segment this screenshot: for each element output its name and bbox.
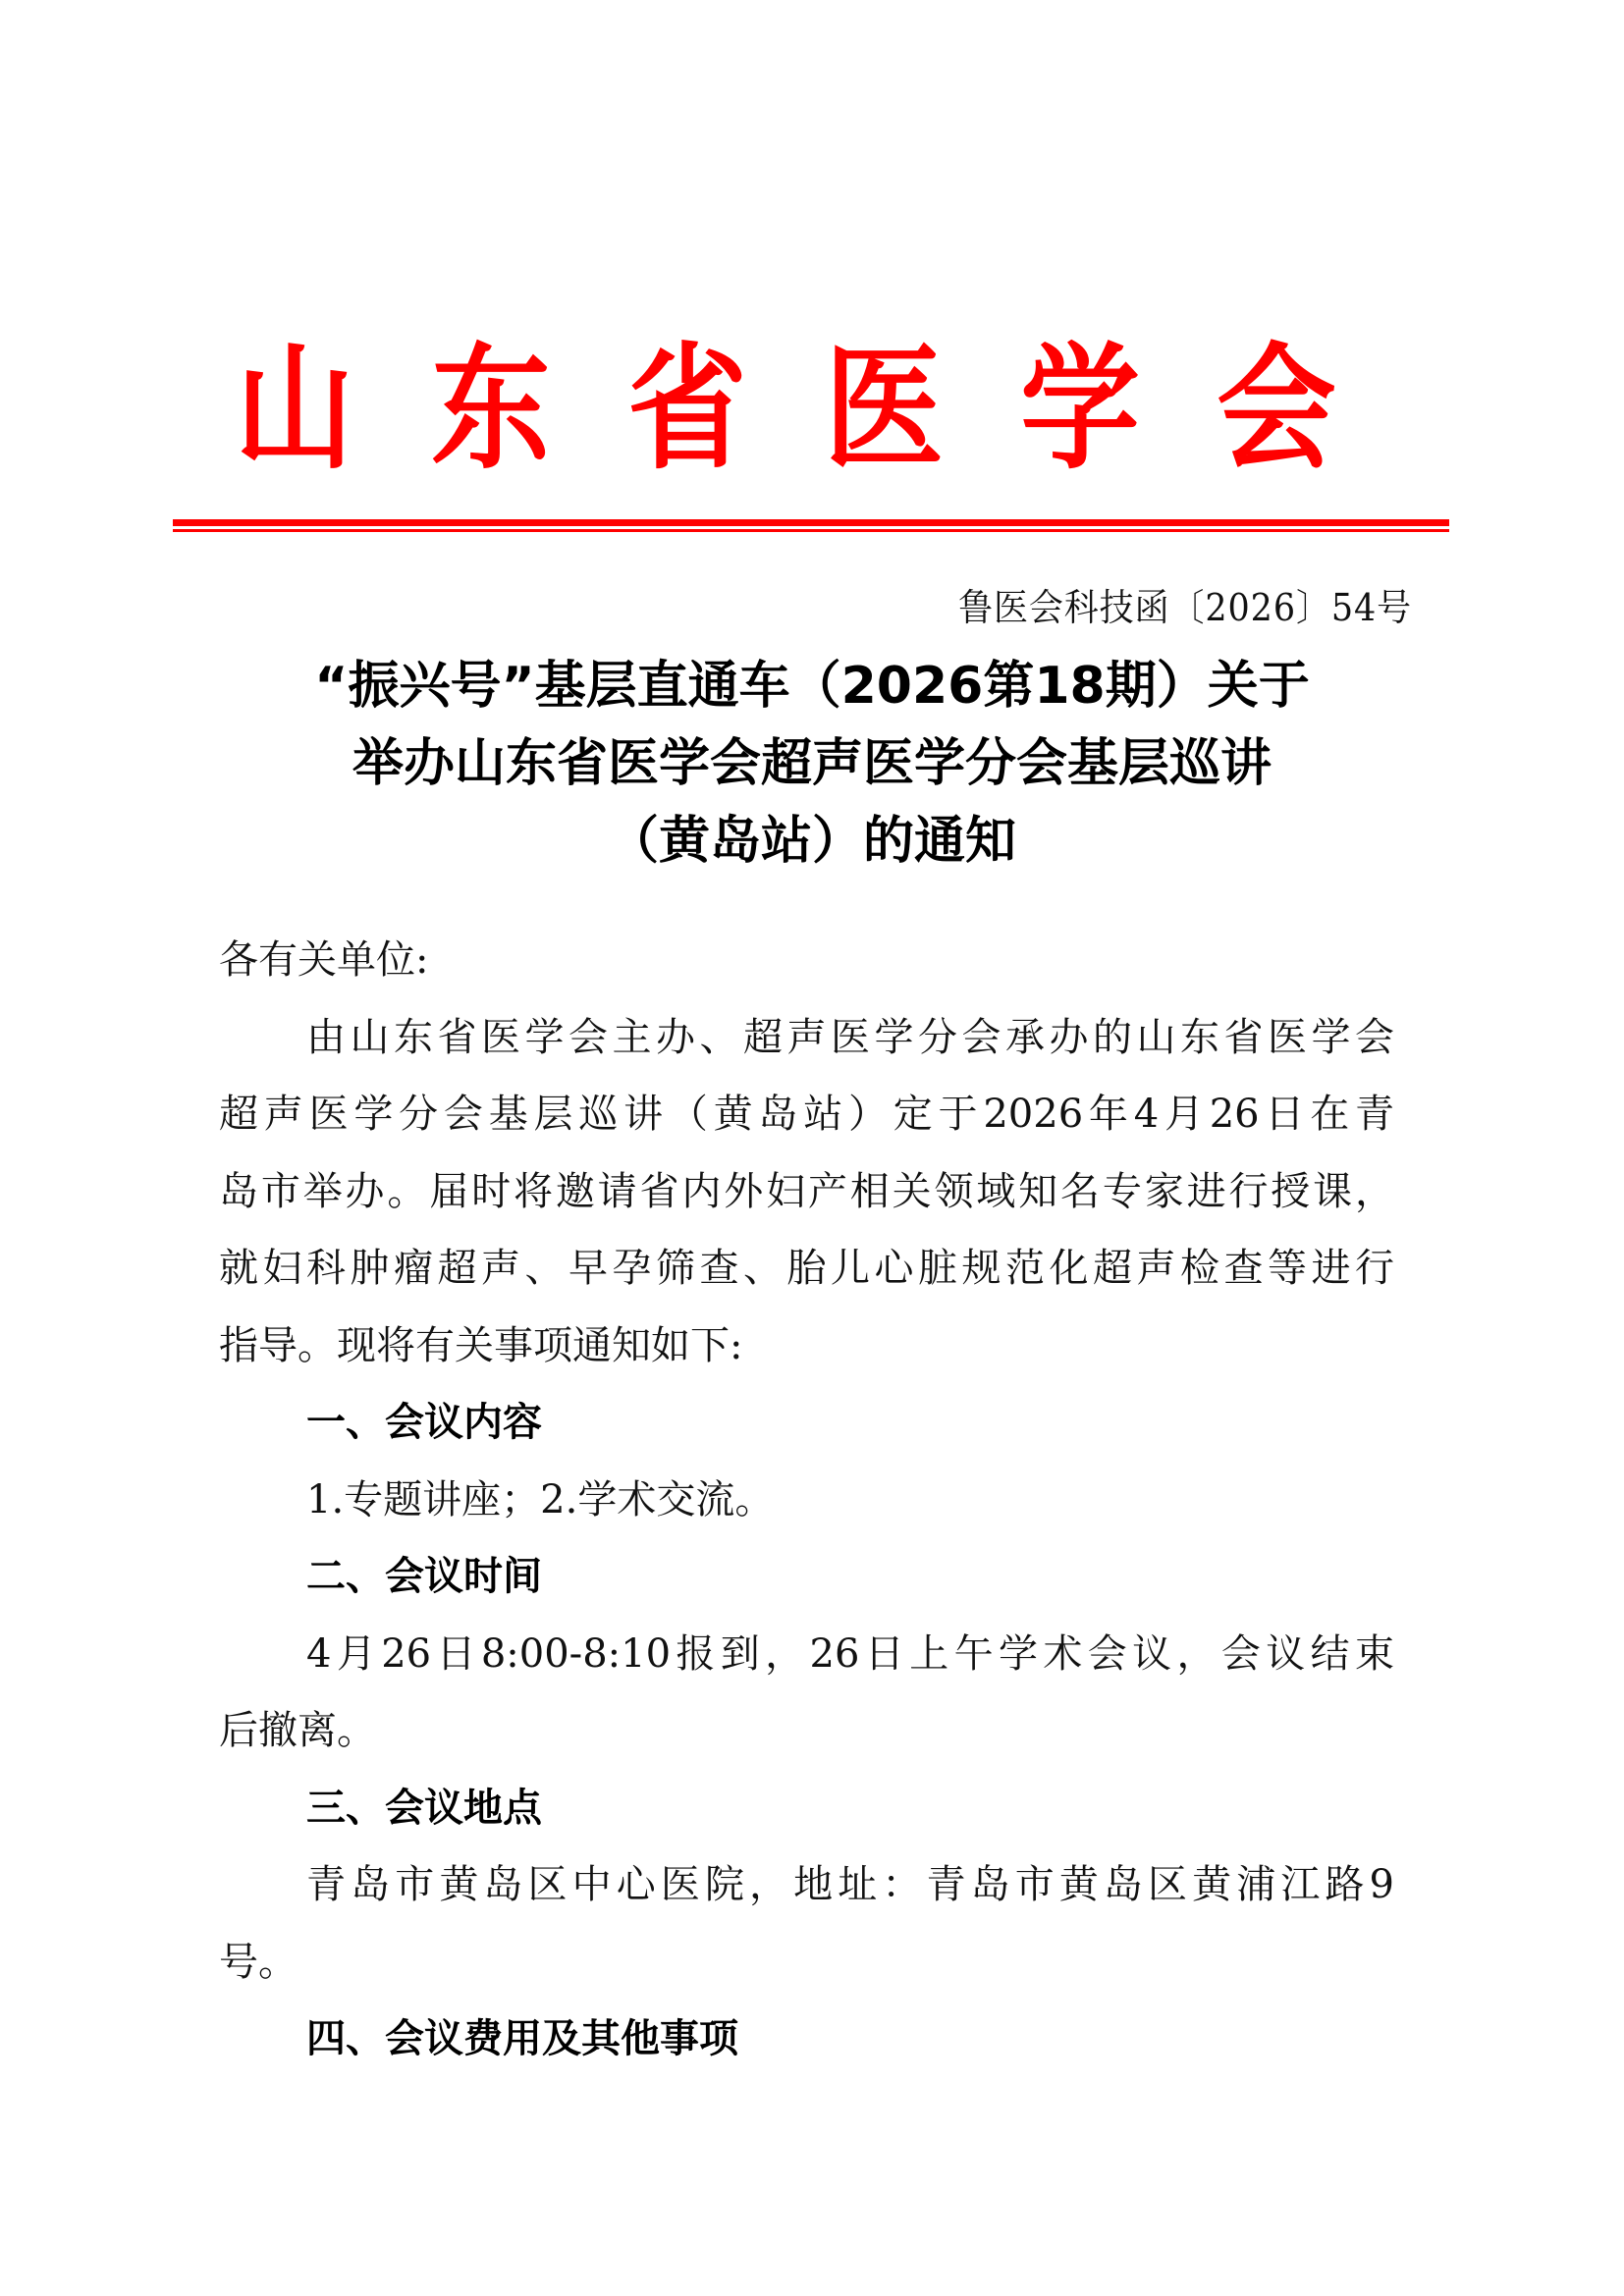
intro-line: 岛市举办。届时将邀请省内外妇产相关领域知名专家进行授课， [219,1153,1394,1231]
section-text: 青岛市黄岛区中心医院，地址：青岛市黄岛区黄浦江路9 [219,1846,1394,1924]
letterhead-divider-thick [173,519,1449,526]
intro-line: 超声医学分会基层巡讲（黄岛站）定于2026年4月26日在青 [219,1076,1394,1153]
letterhead-char: 山 [208,341,381,476]
intro-line: 指导。现将有关事项通知如下: [219,1308,1397,1385]
document-page: 山 东 省 医 学 会 鲁医会科技函〔2026〕54号 “振兴号”基层直通车（2… [0,0,1624,2296]
intro-line: 由山东省医学会主办、超声医学分会承办的山东省医学会 [219,999,1394,1077]
title-line: （黄岛站）的通知 [196,803,1428,881]
section-heading-fees: 四、会议费用及其他事项 [219,2001,1397,2078]
letterhead-char: 会 [1190,341,1363,476]
document-body: 各有关单位: 由山东省医学会主办、超声医学分会承办的山东省医学会 超声医学分会基… [219,922,1397,2078]
letterhead-title: 山 东 省 医 学 会 [196,330,1375,487]
section-text: 1.专题讲座；2.学术交流。 [219,1462,1397,1539]
intro-line: 就妇科肿瘤超声、早孕筛查、胎儿心脏规范化超声检查等进行 [219,1230,1394,1308]
document-title: “振兴号”基层直通车（2026第18期）关于 举办山东省医学会超声医学分会基层巡… [196,648,1428,881]
section-text: 4月26日8:00-8:10报到，26日上午学术会议，会议结束 [219,1616,1394,1693]
title-line: 举办山东省医学会超声医学分会基层巡讲 [196,725,1428,803]
letterhead-char: 学 [994,341,1166,476]
document-number: 鲁医会科技函〔2026〕54号 [958,577,1412,631]
section-heading-time: 二、会议时间 [219,1538,1397,1616]
salutation: 各有关单位: [219,922,1397,999]
letterhead-divider-thin [173,529,1449,532]
section-heading-location: 三、会议地点 [219,1770,1397,1847]
title-line: “振兴号”基层直通车（2026第18期）关于 [196,648,1428,725]
section-heading-content: 一、会议内容 [219,1384,1397,1462]
section-text: 后撤离。 [219,1692,1397,1770]
letterhead-char: 医 [797,341,970,476]
letterhead-char: 东 [405,341,577,476]
section-text: 号。 [219,1924,1397,2002]
letterhead-char: 省 [601,341,774,476]
